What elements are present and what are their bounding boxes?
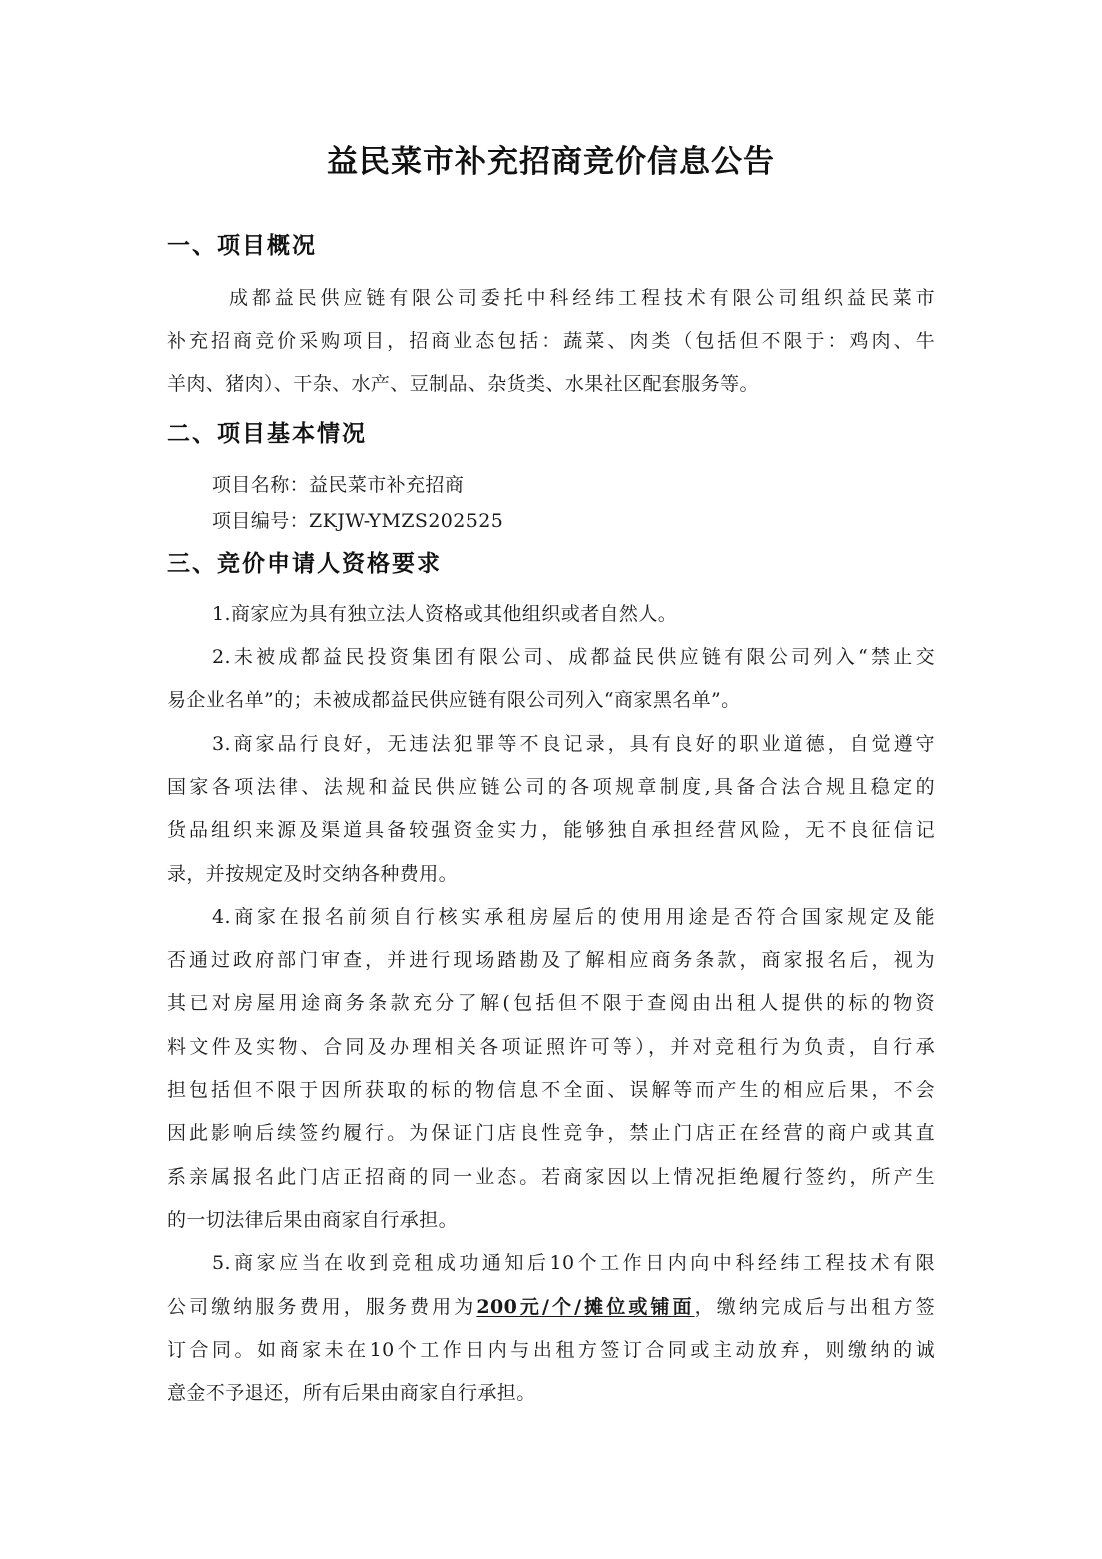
- project-number-value: ZKJW-YMZS202525: [309, 510, 503, 532]
- document-page: 益民菜市补充招商竞价信息公告 一、项目概况 成都益民供应链有限公司委托中科经纬工…: [0, 0, 1102, 1559]
- project-name-value: 益民菜市补充招商: [309, 474, 464, 496]
- requirement-4-line: 系亲属报名此门店正招商的同一业态。若商家因以上情况拒绝履行签约，所产生: [167, 1163, 935, 1191]
- requirement-4-line: 料文件及实物、合同及办理相关各项证照许可等），并对竞租行为负责，自行承: [167, 1033, 935, 1061]
- requirement-4-line: 否通过政府部门审查，并进行现场踏勘及了解相应商务条款，商家报名后，视为: [167, 946, 935, 974]
- section-heading-overview: 一、项目概况: [167, 231, 317, 261]
- requirement-4-line: 4.商家在报名前须自行核实承租房屋后的使用用途是否符合国家规定及能: [212, 903, 935, 931]
- fee-text: 公司缴纳服务费用，服务费用为: [167, 1296, 476, 1318]
- requirement-3-line: 国家各项法律、法规和益民供应链公司的各项规章制度,具备合法合规且稳定的: [167, 773, 935, 801]
- requirement-1-line: 1.商家应为具有独立法人资格或其他组织或者自然人。: [212, 600, 935, 628]
- fee-text-after: ，缴纳完成后与出租方签: [695, 1296, 935, 1318]
- requirement-3-line: 货品组织来源及渠道具备较强资金实力，能够独自承担经营风险，无不良征信记: [167, 816, 935, 844]
- paragraph-line: 补充招商竞价采购项目，招商业态包括：蔬菜、肉类（包括但不限于：鸡肉、牛: [167, 327, 935, 355]
- requirement-4-line: 因此影响后续签约履行。为保证门店良性竞争，禁止门店正在经营的商户或其直: [167, 1119, 935, 1147]
- paragraph-line: 成都益民供应链有限公司委托中科经纬工程技术有限公司组织益民菜市: [229, 284, 935, 312]
- project-name-field: 项目名称：益民菜市补充招商: [212, 471, 935, 499]
- requirement-5-line: 5.商家应当在收到竞租成功通知后10个工作日内向中科经纬工程技术有限: [212, 1249, 935, 1277]
- field-label: 项目编号：: [212, 510, 309, 532]
- requirement-5-line: 订合同。如商家未在10个工作日内与出租方签订合同或主动放弃，则缴纳的诚: [167, 1336, 935, 1364]
- section-heading-basic-info: 二、项目基本情况: [167, 419, 367, 449]
- project-number-field: 项目编号：ZKJW-YMZS202525: [212, 507, 935, 535]
- document-title: 益民菜市补充招商竞价信息公告: [0, 142, 1102, 182]
- section-heading-qualifications: 三、竞价申请人资格要求: [167, 549, 442, 579]
- requirement-4-line: 的一切法律后果由商家自行承担。: [167, 1206, 935, 1234]
- requirement-3-line: 3.商家品行良好，无违法犯罪等不良记录，具有良好的职业道德，自觉遵守: [212, 730, 935, 758]
- service-fee-emphasis: 200元/个/摊位或铺面: [476, 1296, 694, 1318]
- requirement-5-line: 公司缴纳服务费用，服务费用为200元/个/摊位或铺面，缴纳完成后与出租方签: [167, 1293, 935, 1321]
- requirement-2-line: 2.未被成都益民投资集团有限公司、成都益民供应链有限公司列入“禁止交: [212, 643, 935, 671]
- requirement-3-line: 录，并按规定及时交纳各种费用。: [167, 860, 935, 888]
- paragraph-line: 羊肉、猪肉）、干杂、水产、豆制品、杂货类、水果社区配套服务等。: [167, 370, 935, 398]
- requirement-2-line: 易企业名单”的；未被成都益民供应链有限公司列入“商家黑名单”。: [167, 686, 935, 714]
- field-label: 项目名称：: [212, 474, 309, 496]
- requirement-4-line: 担包括但不限于因所获取的标的物信息不全面、误解等而产生的相应后果，不会: [167, 1076, 935, 1104]
- requirement-5-line: 意金不予退还，所有后果由商家自行承担。: [167, 1379, 935, 1407]
- requirement-4-line: 其已对房屋用途商务条款充分了解(包括但不限于查阅由出租人提供的标的物资: [167, 989, 935, 1017]
